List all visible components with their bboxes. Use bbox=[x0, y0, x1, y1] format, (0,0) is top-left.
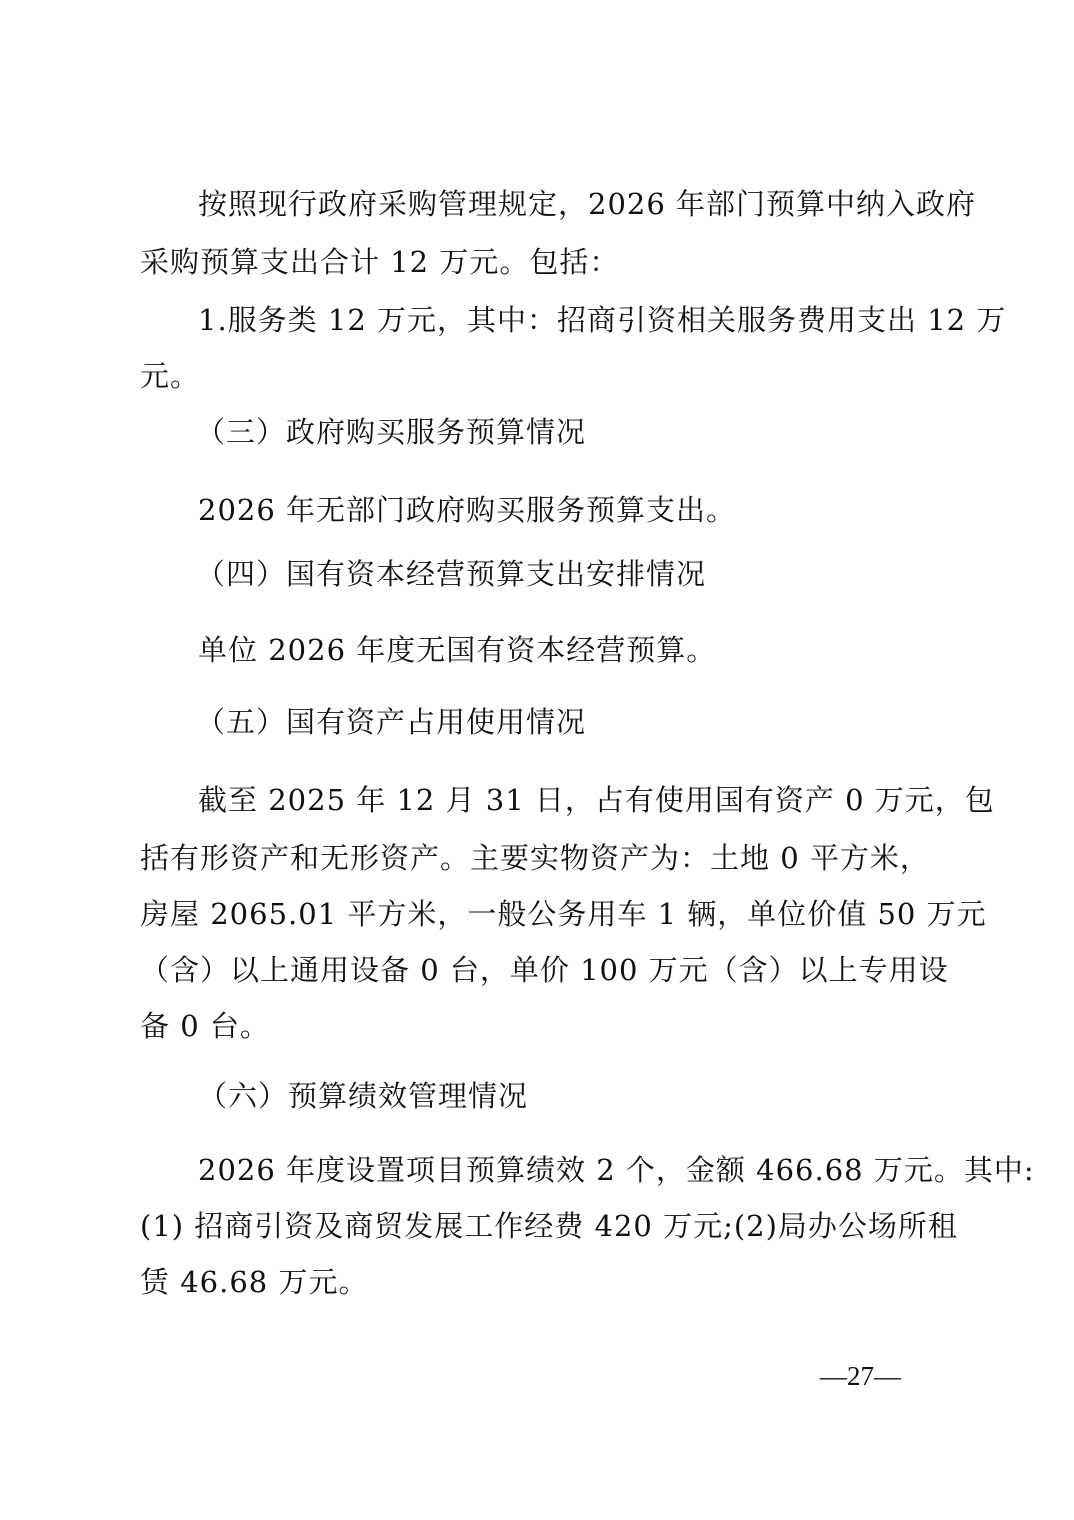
paragraph-performance-line-3: 赁 46.68 万元。 bbox=[140, 1262, 368, 1302]
paragraph-gov-purchase: 2026 年无部门政府购买服务预算支出。 bbox=[198, 490, 736, 530]
section-heading-4: （四）国有资本经营预算支出安排情况 bbox=[196, 554, 706, 594]
section-heading-6: （六）预算绩效管理情况 bbox=[198, 1076, 528, 1116]
paragraph-performance-line-1: 2026 年度设置项目预算绩效 2 个，金额 466.68 万元。其中: bbox=[198, 1150, 1035, 1190]
paragraph-assets-line-4: （含）以上通用设备 0 台，单价 100 万元（含）以上专用设 bbox=[140, 950, 949, 990]
section-heading-5: （五）国有资产占用使用情况 bbox=[196, 702, 586, 742]
paragraph-procurement-line-2: 采购预算支出合计 12 万元。包括： bbox=[140, 242, 619, 282]
section-heading-3: （三）政府购买服务预算情况 bbox=[196, 412, 586, 452]
paragraph-assets-line-1: 截至 2025 年 12 月 31 日，占有使用国有资产 0 万元，包 bbox=[198, 780, 995, 820]
paragraph-performance-line-2: (1) 招商引资及商贸发展工作经费 420 万元;(2)局办公场所租 bbox=[140, 1206, 958, 1246]
paragraph-assets-line-5: 备 0 台。 bbox=[140, 1006, 270, 1046]
paragraph-services-line-2: 元。 bbox=[140, 356, 200, 396]
paragraph-procurement-line-1: 按照现行政府采购管理规定，2026 年部门预算中纳入政府 bbox=[198, 184, 976, 224]
paragraph-services-line-1: 1.服务类 12 万元，其中：招商引资相关服务费用支出 12 万 bbox=[198, 300, 1006, 340]
page-number: —27— bbox=[820, 1358, 901, 1394]
paragraph-assets-line-2: 括有形资产和无形资产。主要实物资产为：土地 0 平方米， bbox=[140, 838, 930, 878]
paragraph-state-capital: 单位 2026 年度无国有资本经营预算。 bbox=[198, 630, 716, 670]
paragraph-assets-line-3: 房屋 2065.01 平方米，一般公务用车 1 辆，单位价值 50 万元 bbox=[140, 894, 987, 934]
